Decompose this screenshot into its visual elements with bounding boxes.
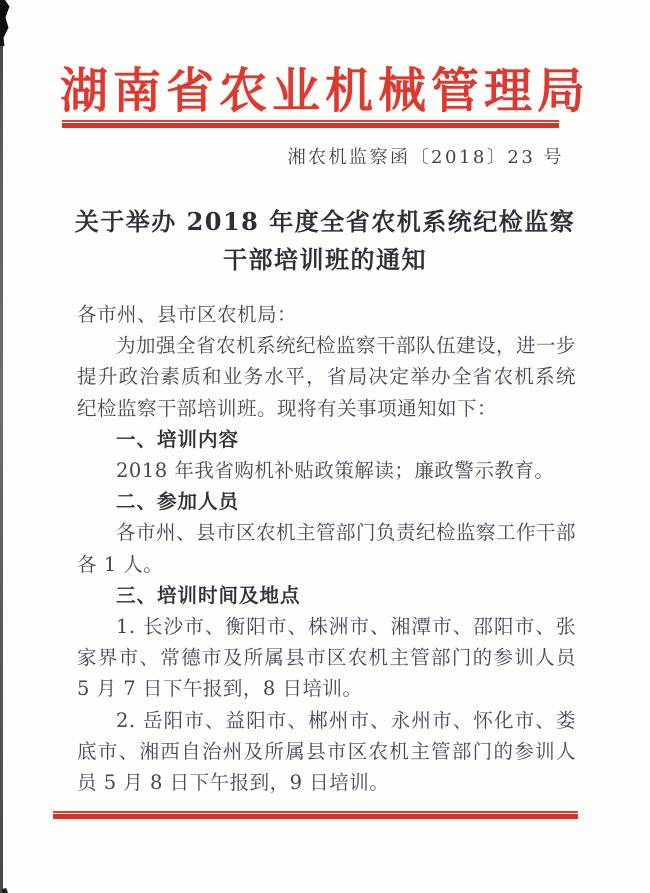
document-title-line-2: 干部培训班的通知 xyxy=(0,241,650,279)
document-title: 关于举办 2018 年度全省农机系统纪检监察 干部培训班的通知 xyxy=(0,203,650,279)
document-body: 各市州、县市区农机局：为加强全省农机系统纪检监察干部队伍建设，进一步提升政治素质… xyxy=(77,299,576,798)
document-number: 湘农机监察函〔2018〕23 号 xyxy=(288,143,564,169)
section-heading: 一、培训内容 xyxy=(77,424,576,455)
body-paragraph: 各市州、县市区农机主管部门负责纪检监察工作干部各 1 人。 xyxy=(77,517,576,579)
scan-left-edge-artifact xyxy=(0,0,3,893)
section-heading: 三、培训时间及地点 xyxy=(77,580,576,611)
document-page: 湖南省农业机械管理局 湘农机监察函〔2018〕23 号 关于举办 2018 年度… xyxy=(0,0,650,893)
body-paragraph: 为加强全省农机系统纪检监察干部队伍建设，进一步提升政治素质和业务水平，省局决定举… xyxy=(77,330,576,424)
section-heading: 二、参加人员 xyxy=(77,486,576,517)
body-paragraph: 各市州、县市区农机局： xyxy=(77,299,576,330)
scan-corner-notch-artifact xyxy=(0,0,10,46)
document-title-line-1: 关于举办 2018 年度全省农机系统纪检监察 xyxy=(0,203,650,241)
header-divider-rule xyxy=(62,120,559,128)
body-paragraph: 2. 岳阳市、益阳市、郴州市、永州市、怀化市、娄底市、湘西自治州及所属县市区农机… xyxy=(77,705,576,799)
footer-divider-rule xyxy=(53,811,578,819)
agency-name: 湖南省农业机械管理局 xyxy=(0,63,650,119)
body-paragraph: 1. 长沙市、衡阳市、株洲市、湘潭市、邵阳市、张家界市、常德市及所属县市区农机主… xyxy=(77,611,576,705)
body-paragraph: 2018 年我省购机补贴政策解读；廉政警示教育。 xyxy=(77,455,576,486)
